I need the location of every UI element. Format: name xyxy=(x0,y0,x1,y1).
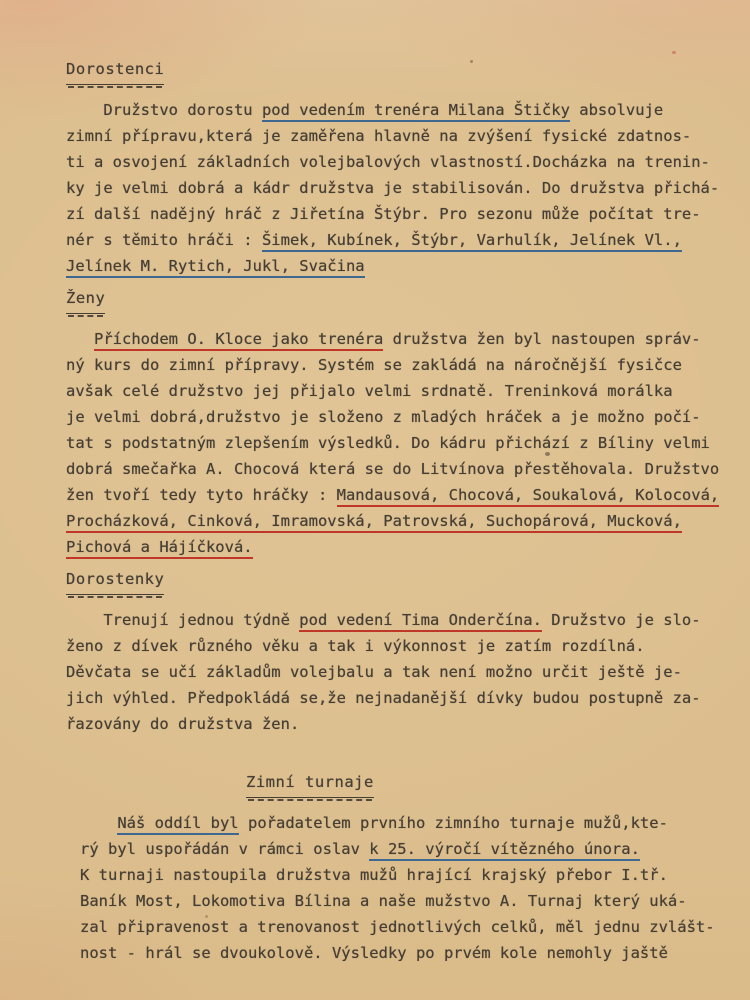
text-segment: nost - hrál se dvoukolově. Výsledky po p… xyxy=(80,944,668,962)
text-line: Pichová a Hájíčková. xyxy=(66,534,722,560)
section-zeny: Ženy Příchodem O. Kloce jako trenéra dru… xyxy=(66,285,722,560)
text-line: jich výhled. Předpokládá se,že nejnadaně… xyxy=(66,685,722,711)
section-heading-zeny: Ženy xyxy=(66,285,722,314)
section-dorostenky: Dorostenky Trenují jednou týdně pod vede… xyxy=(66,566,722,737)
text-segment: ný kurs do zimní přípravy. Systém se zak… xyxy=(66,356,682,374)
red-underlined-text: pod vedení Tima Onderčína. xyxy=(299,611,542,632)
text-segment: je velmi dobrá,družstvo je složeno z mla… xyxy=(66,408,701,426)
text-segment: Trenují jednou týdně xyxy=(66,611,299,629)
text-line: rý byl uspořádán v rámci oslav k 25. výr… xyxy=(80,836,722,862)
text-segment: pořadatelem prvního zimního turnaje mužů… xyxy=(239,814,668,832)
text-segment: Družstvo dorostu xyxy=(66,101,262,119)
text-segment: žen tvoří tedy tyto hráčky : xyxy=(66,486,337,504)
text-line: ný kurs do zimní přípravy. Systém se zak… xyxy=(66,352,722,378)
blue-underlined-text: pod vedením trenéra Milana Štičky xyxy=(262,101,570,122)
red-underlined-text: Procházková, Cinková, Imramovská, Patrov… xyxy=(66,512,682,533)
text-segment: Děvčata se učí základům volejbalu a tak … xyxy=(66,663,682,681)
text-segment: rý byl uspořádán v rámci oslav xyxy=(80,840,369,858)
text-segment: zí další nadějný hráč z Jiřetína Štýbr. … xyxy=(66,205,701,223)
text-line: Družstvo dorostu pod vedením trenéra Mil… xyxy=(66,97,722,123)
paper-speck xyxy=(545,452,550,456)
text-segment xyxy=(66,330,94,348)
typewritten-text-body: Dorostenci Družstvo dorostu pod vedením … xyxy=(66,56,722,966)
text-segment: ti a osvojení základních volejbalových v… xyxy=(66,153,710,171)
text-segment: jich výhled. Předpokládá se,že nejnadaně… xyxy=(66,689,701,707)
text-line: zal připravenost a trenovanost jednotliv… xyxy=(80,914,722,940)
text-segment: absolvuje xyxy=(570,101,663,119)
blue-underlined-text: k 25. výročí vítězného února. xyxy=(369,840,640,861)
section-heading-dorostenci: Dorostenci xyxy=(66,56,722,85)
text-segment: zal připravenost a trenovanost jednotliv… xyxy=(80,918,715,936)
text-segment: ženo z dívek různého věku a tak i výkonn… xyxy=(66,637,645,655)
text-line: tat s podstatným zlepšením výsledků. Do … xyxy=(66,430,722,456)
text-line: Trenují jednou týdně pod vedení Tima Ond… xyxy=(66,607,722,633)
text-line: ky je velmi dobrá a kádr družstva je sta… xyxy=(66,175,722,201)
text-line: Procházková, Cinková, Imramovská, Patrov… xyxy=(66,508,722,534)
blue-underlined-text: Jelínek M. Rytich, Jukl, Svačina xyxy=(66,257,365,278)
text-line: Děvčata se učí základům volejbalu a tak … xyxy=(66,659,722,685)
text-line: žen tvoří tedy tyto hráčky : Mandausová,… xyxy=(66,482,722,508)
text-segment: avšak celé družstvo jej přijalo velmi sr… xyxy=(66,382,673,400)
red-underlined-text: Mandausová, Chocová, Soukalová, Kolocová… xyxy=(337,486,720,507)
text-segment: řazovány do družstva žen. xyxy=(66,715,299,733)
text-segment: nér s těmito hráči : xyxy=(66,231,262,249)
section-heading-label: Dorostenky xyxy=(66,566,164,595)
paragraph: Příchodem O. Kloce jako trenéra družstva… xyxy=(66,326,722,560)
section-heading-label: Zimní turnaje xyxy=(246,769,374,798)
text-line: avšak celé družstvo jej přijalo velmi sr… xyxy=(66,378,722,404)
text-segment: zimní přípravu,která je zaměřena hlavně … xyxy=(66,127,691,145)
text-line: řazovány do družstva žen. xyxy=(66,711,722,737)
red-underlined-text: Pichová a Hájíčková. xyxy=(66,538,253,559)
section-heading-label: Dorostenci xyxy=(66,56,164,85)
section-heading-label: Ženy xyxy=(66,285,105,314)
paragraph: Družstvo dorostu pod vedením trenéra Mil… xyxy=(66,97,722,279)
text-line: Baník Most, Lokomotiva Bílina a naše muž… xyxy=(80,888,722,914)
paragraph: Trenují jednou týdně pod vedení Tima Ond… xyxy=(66,607,722,737)
document-page: Dorostenci Družstvo dorostu pod vedením … xyxy=(0,0,750,1000)
text-line: Příchodem O. Kloce jako trenéra družstva… xyxy=(66,326,722,352)
section-dorostenci: Dorostenci Družstvo dorostu pod vedením … xyxy=(66,56,722,279)
text-segment: Baník Most, Lokomotiva Bílina a naše muž… xyxy=(80,892,687,910)
text-line: dobrá smečařka A. Chocová která se do Li… xyxy=(66,456,722,482)
blue-underlined-text: Náš oddíl byl xyxy=(117,814,238,835)
section-heading-zimni-turnaje: Zimní turnaje xyxy=(246,769,722,798)
section-heading-dorostenky: Dorostenky xyxy=(66,566,722,595)
text-line: K turnaji nastoupila družstva mužů hrají… xyxy=(80,862,722,888)
text-line: ženo z dívek různého věku a tak i výkonn… xyxy=(66,633,722,659)
text-line: Náš oddíl byl pořadatelem prvního zimníh… xyxy=(80,810,722,836)
text-segment: K turnaji nastoupila družstva mužů hrají… xyxy=(80,866,668,884)
text-line: Jelínek M. Rytich, Jukl, Svačina xyxy=(66,253,722,279)
text-line: nost - hrál se dvoukolově. Výsledky po p… xyxy=(80,940,722,966)
section-zimni-turnaje: Zimní turnaje Náš oddíl byl pořadatelem … xyxy=(66,769,722,966)
red-underlined-text: Příchodem O. Kloce jako trenéra xyxy=(94,330,383,351)
paper-speck xyxy=(470,60,473,63)
text-segment xyxy=(80,814,117,832)
text-line: zimní přípravu,která je zaměřena hlavně … xyxy=(66,123,722,149)
text-line: zí další nadějný hráč z Jiřetína Štýbr. … xyxy=(66,201,722,227)
text-line: ti a osvojení základních volejbalových v… xyxy=(66,149,722,175)
text-line: nér s těmito hráči : Šimek, Kubínek, Štý… xyxy=(66,227,722,253)
paragraph: Náš oddíl byl pořadatelem prvního zimníh… xyxy=(80,810,722,966)
text-segment: tat s podstatným zlepšením výsledků. Do … xyxy=(66,434,710,452)
text-line: je velmi dobrá,družstvo je složeno z mla… xyxy=(66,404,722,430)
text-segment: ky je velmi dobrá a kádr družstva je sta… xyxy=(66,179,719,197)
paper-speck xyxy=(205,915,208,918)
text-segment: dobrá smečařka A. Chocová která se do Li… xyxy=(66,460,719,478)
text-segment: družstva žen byl nastoupen správ- xyxy=(383,330,700,348)
blue-underlined-text: Šimek, Kubínek, Štýbr, Varhulík, Jelínek… xyxy=(262,231,682,252)
text-segment: Družstvo je slo- xyxy=(542,611,701,629)
paper-speck xyxy=(672,51,676,54)
